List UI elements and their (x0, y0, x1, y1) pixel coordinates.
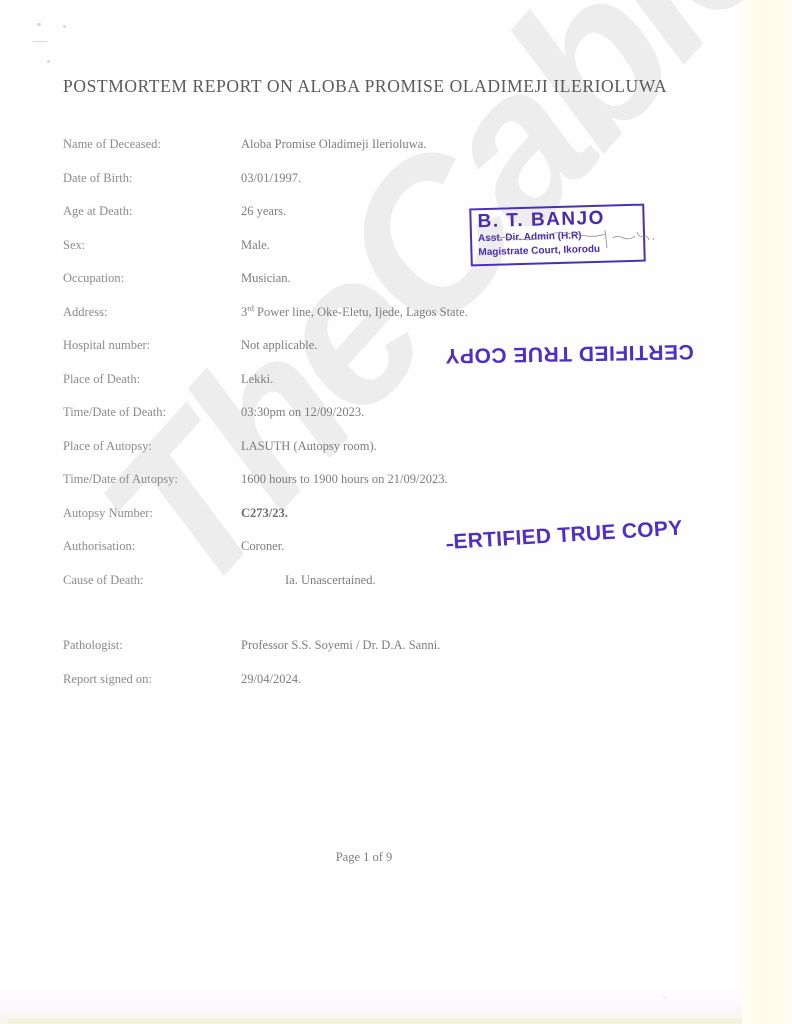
scan-corner-mark: ~ (662, 993, 666, 1002)
field-label: Sex: (63, 238, 85, 253)
certified-true-copy-stamp-inverted: CERTIFIED TRUE COPY (445, 338, 694, 368)
field-label: Autopsy Number: (63, 506, 153, 521)
field-value: Ia. Unascertained. (285, 573, 376, 588)
field-label: Cause of Death: (63, 573, 144, 588)
field-label: Age at Death: (63, 204, 132, 219)
field-row: Date of Birth:03/01/1997. (63, 171, 663, 191)
field-row: Place of Autopsy:LASUTH (Autopsy room). (63, 439, 663, 459)
signoff-label: Pathologist: (63, 638, 123, 653)
page-number: Page 1 of 9 (0, 850, 728, 865)
field-value: 03/01/1997. (241, 171, 301, 186)
signoff-value: Professor S.S. Soyemi / Dr. D.A. Sanni. (241, 638, 440, 653)
field-value: 03:30pm on 12/09/2023. (241, 405, 364, 420)
field-row: Cause of Death:Ia. Unascertained. (63, 573, 663, 593)
field-value: Aloba Promise Oladimeji Ilerioluwa. (241, 137, 426, 152)
signoff-row: Report signed on:29/04/2024. (63, 672, 663, 692)
field-value: 3rd Power line, Oke-Eletu, Ijede, Lagos … (241, 305, 468, 320)
signoff-value: 29/04/2024. (241, 672, 301, 687)
field-label: Place of Autopsy: (63, 439, 152, 454)
field-row: Address:3rd Power line, Oke-Eletu, Ijede… (63, 305, 663, 325)
handwritten-signature (485, 222, 685, 252)
field-label: Authorisation: (63, 539, 135, 554)
field-label: Occupation: (63, 271, 124, 286)
document-page: TheCable POSTMORTEM REPORT ON ALOBA PROM… (0, 0, 792, 1024)
field-label: Name of Deceased: (63, 137, 161, 152)
field-value: Musician. (241, 271, 291, 286)
field-value: Male. (241, 238, 270, 253)
field-value: LASUTH (Autopsy room). (241, 439, 377, 454)
field-label: Hospital number: (63, 338, 150, 353)
field-value-rest: Power line, Oke-Eletu, Ijede, Lagos Stat… (254, 305, 468, 319)
signoff-label: Report signed on: (63, 672, 152, 687)
field-row: Name of Deceased:Aloba Promise Oladimeji… (63, 137, 663, 157)
field-row: Occupation:Musician. (63, 271, 663, 291)
report-title: POSTMORTEM REPORT ON ALOBA PROMISE OLADI… (63, 75, 703, 97)
field-label: Address: (63, 305, 107, 320)
field-value: Not applicable. (241, 338, 317, 353)
signoff-row: Pathologist:Professor S.S. Soyemi / Dr. … (63, 638, 663, 658)
field-value: 26 years. (241, 204, 286, 219)
field-label: Place of Death: (63, 372, 140, 387)
field-row: Time/Date of Autopsy:1600 hours to 1900 … (63, 472, 663, 492)
field-label: Time/Date of Autopsy: (63, 472, 178, 487)
field-label: Time/Date of Death: (63, 405, 166, 420)
field-value: 1600 hours to 1900 hours on 21/09/2023. (241, 472, 448, 487)
field-value-superscript: rd (247, 303, 254, 312)
field-label: Date of Birth: (63, 171, 132, 186)
field-value: C273/23. (241, 506, 288, 521)
field-row: Time/Date of Death:03:30pm on 12/09/2023… (63, 405, 663, 425)
field-value: Lekki. (241, 372, 273, 387)
field-value: Coroner. (241, 539, 284, 554)
field-row: Place of Death:Lekki. (63, 372, 663, 392)
